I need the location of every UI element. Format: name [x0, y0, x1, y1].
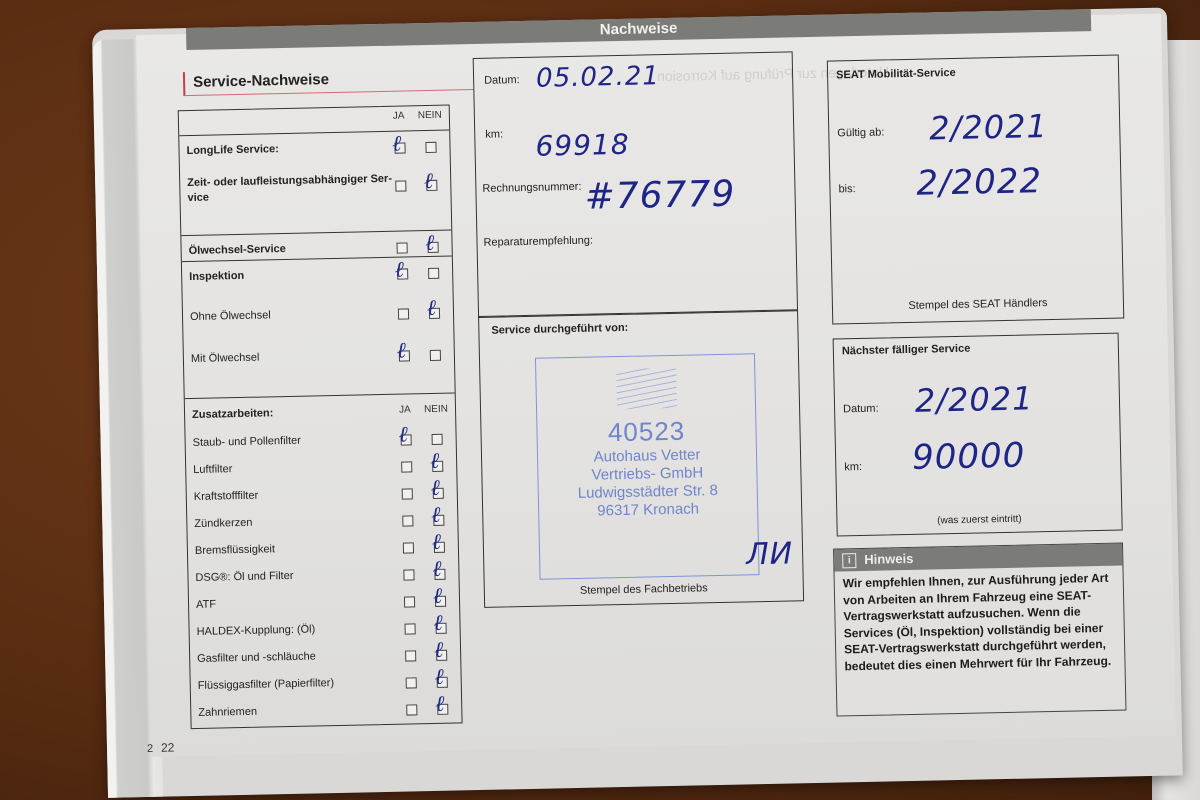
checkbox-ja[interactable]: [404, 596, 415, 607]
table-row: Zahnriemenℓ: [191, 701, 461, 707]
stamp-caption: Stempel des Fachbetriebs: [485, 580, 803, 599]
km-label: km:: [485, 128, 503, 140]
stamp-line: 96317 Kronach: [539, 499, 757, 522]
table-row: Inspektionℓ: [182, 266, 452, 272]
checkbox-ja[interactable]: [402, 488, 413, 499]
mobilitaet-box: SEAT Mobilität-Service Gültig ab: 2/2021…: [827, 55, 1124, 325]
datum-value: 05.02.21: [536, 61, 660, 94]
checkbox-nein[interactable]: [428, 268, 439, 279]
checkmark-icon: ℓ: [433, 586, 443, 608]
checkbox-ja[interactable]: [395, 180, 406, 191]
checkbox-nein[interactable]: [432, 434, 443, 445]
zusatz-title: Zusatzarbeiten: JA NEIN: [185, 403, 455, 409]
checkbox-ja[interactable]: [406, 677, 417, 688]
signature: ЛИ: [746, 536, 794, 572]
row-label-cont: vice: [187, 192, 209, 204]
row-label: LongLife Service:: [186, 143, 279, 157]
rechnung-label: Rechnungsnummer:: [482, 181, 581, 195]
service-by-title: Service durchgeführt von:: [491, 322, 628, 337]
checkmark-icon: ℓ: [427, 298, 437, 320]
table-row: HALDEX-Kupplung: (Öl)ℓ: [190, 620, 460, 626]
col-nein: NEIN: [418, 110, 442, 121]
bis-value: 2/2022: [916, 161, 1042, 204]
page-number: 22: [161, 740, 175, 754]
checkmark-icon: ℓ: [431, 505, 441, 527]
table-row: Flüssiggasfilter (Papierfilter)ℓ: [191, 674, 461, 680]
stamp-number: 40523: [537, 414, 756, 450]
row-label: Ohne Ölwechsel: [190, 309, 271, 323]
mobilitaet-title: SEAT Mobilität-Service: [836, 67, 956, 82]
service-booklet: Nachweise Unterlagen zur Prüfung auf Kor…: [92, 7, 1183, 797]
table-row: Gasfilter und -schläucheℓ: [190, 647, 460, 653]
hinweis-title: Hinweis: [864, 551, 913, 567]
divider: [185, 392, 455, 399]
datum-label: Datum:: [484, 74, 520, 87]
service-table: JA NEIN LongLife Service:ℓZeit- oder lau…: [178, 105, 463, 730]
checkmark-icon: ℓ: [424, 170, 434, 192]
row-label: Bremsflüssigkeit: [195, 543, 275, 557]
table-row: DSG®: Öl und Filterℓ: [188, 566, 458, 572]
divider: [181, 230, 451, 237]
checkbox-ja[interactable]: [398, 308, 409, 319]
table-row: Bremsflüssigkeitℓ: [188, 539, 458, 545]
row-label: Gasfilter und -schläuche: [197, 650, 316, 664]
naechster-km-value: 90000: [912, 436, 1026, 478]
row-label: DSG®: Öl und Filter: [195, 570, 293, 584]
rechnung-value: #76779: [584, 174, 736, 218]
row-label: Zeit- oder laufleistungsabhängiger Ser-: [187, 173, 392, 189]
checkbox-ja[interactable]: [403, 569, 414, 580]
checkmark-icon: ℓ: [425, 232, 435, 254]
checkbox-ja[interactable]: [405, 650, 416, 661]
table-header: JA NEIN: [179, 106, 449, 137]
naechster-note: (was zuerst eintritt): [837, 512, 1121, 529]
hinweis-box: iHinweis Wir empfehlen Ihnen, zur Ausfüh…: [833, 543, 1126, 717]
table-row: ATFℓ: [189, 593, 459, 599]
checkmark-icon: ℓ: [434, 667, 444, 689]
checkmark-icon: ℓ: [395, 259, 405, 281]
naechster-title: Nächster fälliger Service: [842, 343, 971, 358]
row-label: Zündkerzen: [194, 517, 252, 530]
checkbox-ja[interactable]: [401, 461, 412, 472]
page-number-edge: 2: [147, 743, 153, 755]
bis-label: bis:: [838, 183, 855, 195]
row-label: Zahnriemen: [198, 706, 257, 719]
service-record-box: Datum: 05.02.21 km: 69918 Rechnungsnumme…: [473, 51, 798, 318]
col-ja: JA: [399, 404, 411, 415]
col-nein: NEIN: [424, 404, 448, 415]
stamp-logo-lines: [616, 368, 677, 409]
row-label: Kraftstofffilter: [194, 490, 259, 503]
row-label: Ölwechsel-Service: [189, 243, 286, 257]
km-value: 69918: [535, 128, 630, 163]
gueltig-label: Gültig ab:: [837, 126, 884, 139]
divider: [182, 256, 452, 263]
page: Nachweise Unterlagen zur Prüfung auf Kor…: [136, 14, 1176, 757]
naechster-service-box: Nächster fälliger Service Datum: 2/2021 …: [833, 333, 1123, 537]
naechster-datum-value: 2/2021: [915, 379, 1034, 419]
row-label: HALDEX-Kupplung: (Öl): [197, 623, 316, 637]
col-ja: JA: [393, 110, 405, 121]
checkmark-icon: ℓ: [430, 451, 440, 473]
service-by-box: Service durchgeführt von: 40523 Autohaus…: [478, 309, 804, 608]
checkbox-ja[interactable]: [403, 542, 414, 553]
row-label: Inspektion: [189, 270, 244, 283]
checkbox-ja[interactable]: [406, 704, 417, 715]
section-title: Service-Nachweise: [183, 66, 473, 96]
checkmark-icon: ℓ: [433, 613, 443, 635]
checkbox-ja[interactable]: [397, 242, 408, 253]
table-row: Kraftstofffilterℓ: [187, 485, 457, 491]
dealer-stamp: 40523 Autohaus Vetter Vertriebs- GmbH Lu…: [535, 353, 760, 580]
checkmark-icon: ℓ: [435, 694, 445, 716]
row-label: Flüssiggasfilter (Papierfilter): [198, 677, 335, 692]
checkmark-icon: ℓ: [430, 478, 440, 500]
gueltig-value: 2/2021: [929, 107, 1048, 147]
table-row: Ölwechsel-Serviceℓ: [182, 240, 452, 246]
mobilitaet-caption: Stempel des SEAT Händlers: [833, 295, 1123, 313]
checkmark-icon: ℓ: [398, 424, 408, 446]
table-row: Zeit- oder laufleistungsabhängiger Ser-v…: [180, 172, 450, 178]
info-icon: i: [842, 553, 856, 568]
table-row: Luftfilterℓ: [186, 458, 456, 464]
page-header: Nachweise: [186, 9, 1091, 50]
naechster-km-label: km:: [844, 461, 862, 473]
checkmark-icon: ℓ: [392, 133, 402, 155]
reparatur-label: Reparaturempfehlung:: [483, 235, 593, 249]
table-row: Staub- und Pollenfilterℓ: [186, 431, 456, 437]
checkmark-icon: ℓ: [432, 559, 442, 581]
table-row: Zündkerzenℓ: [187, 512, 457, 518]
table-row: Mit Ölwechselℓ: [184, 347, 454, 353]
checkmark-icon: ℓ: [397, 340, 407, 362]
checkmark-icon: ℓ: [434, 640, 444, 662]
checkbox-nein[interactable]: [425, 142, 436, 153]
row-label: ATF: [196, 599, 216, 611]
naechster-datum-label: Datum:: [843, 403, 879, 416]
checkmark-icon: ℓ: [432, 532, 442, 554]
row-label: Mit Ölwechsel: [191, 352, 260, 365]
checkbox-ja[interactable]: [402, 515, 413, 526]
checkbox-nein[interactable]: [430, 350, 441, 361]
table-row: Ohne Ölwechselℓ: [183, 306, 453, 312]
row-label: Luftfilter: [193, 463, 232, 476]
row-label: Staub- und Pollenfilter: [193, 435, 301, 449]
hinweis-text: Wir empfehlen Ihnen, zur Ausführung jede…: [835, 566, 1125, 679]
table-row: LongLife Service:ℓ: [179, 140, 449, 146]
checkbox-ja[interactable]: [404, 623, 415, 634]
